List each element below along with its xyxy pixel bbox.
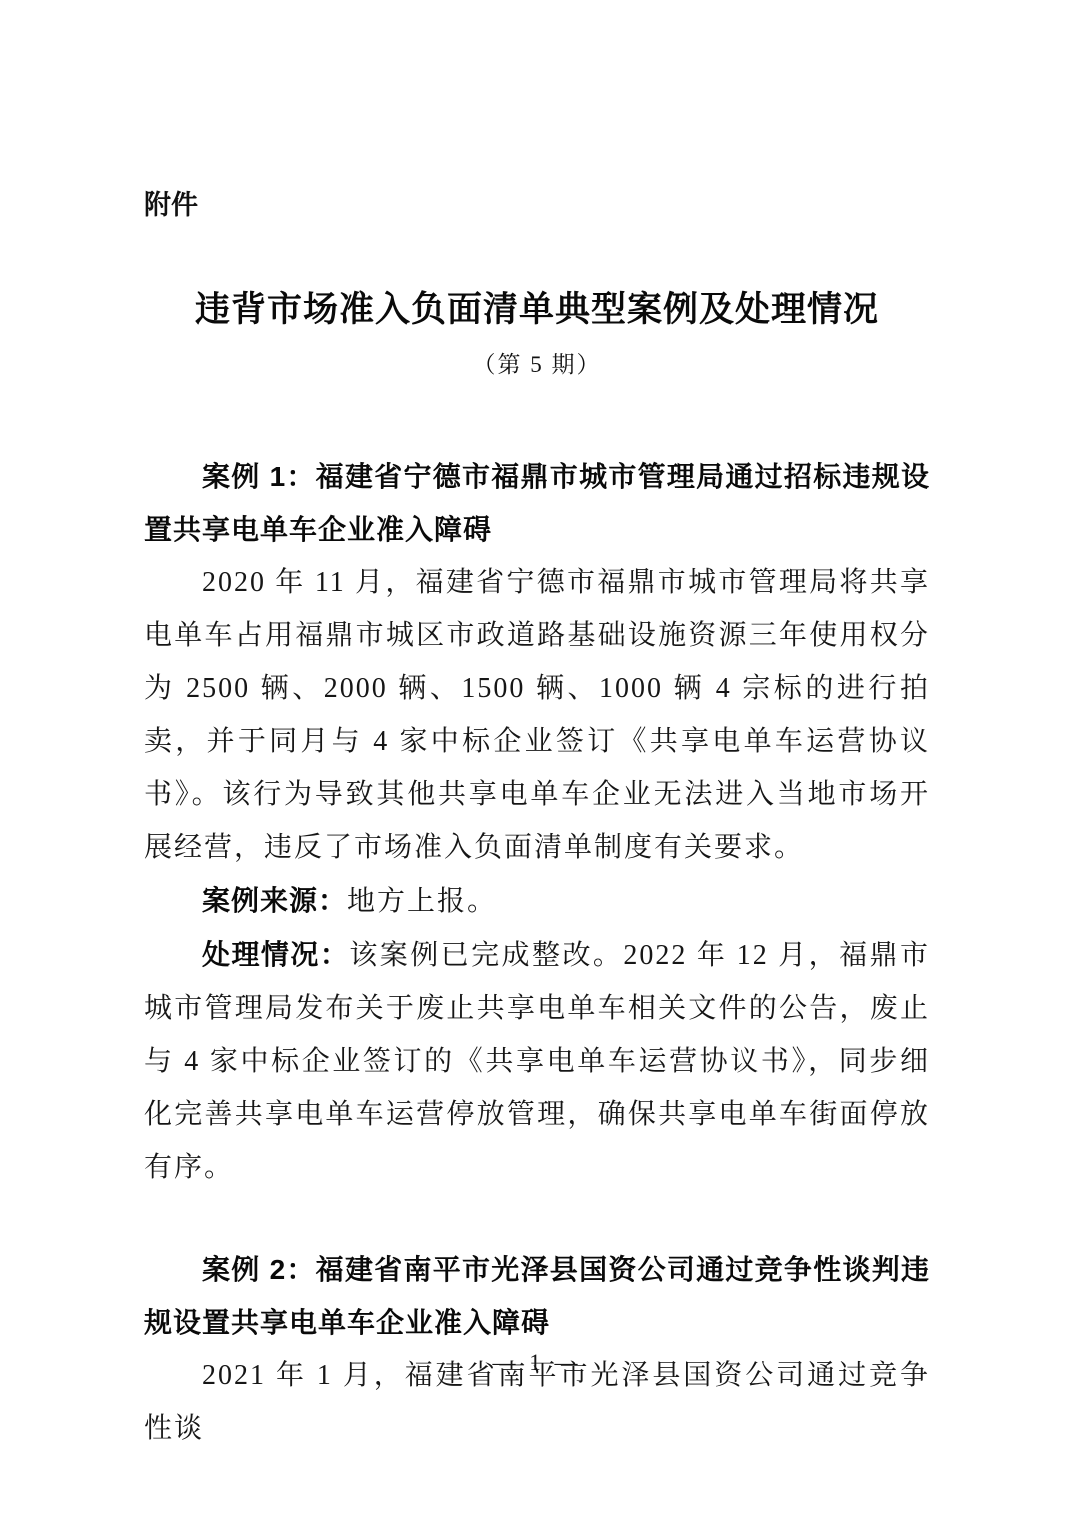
case-1-section: 案例 1：福建省宁德市福鼎市城市管理局通过招标违规设置共享电单车企业准入障碍 2… [144, 450, 930, 1194]
case-1-heading: 案例 1：福建省宁德市福鼎市城市管理局通过招标违规设置共享电单车企业准入障碍 [144, 450, 930, 556]
case-1-handling-line: 处理情况：该案例已完成整改。2022 年 12 月，福鼎市城市管理局发布关于废止… [144, 928, 930, 1194]
case-1-source-line: 案例来源：地方上报。 [144, 874, 930, 928]
attachment-label: 附件 [144, 190, 930, 220]
case-2-heading: 案例 2：福建省南平市光泽县国资公司通过竞争性谈判违规设置共享电单车企业准入障碍 [144, 1243, 930, 1349]
case-1-handling-label: 处理情况： [202, 939, 349, 970]
issue-number: （第 5 期） [144, 350, 930, 380]
document-page: 附件 违背市场准入负面清单典型案例及处理情况 （第 5 期） 案例 1：福建省宁… [0, 0, 1074, 1520]
case-1-source-label: 案例来源： [202, 885, 347, 916]
page-number: — 1 — [0, 1348, 1074, 1378]
case-1-handling-text: 该案例已完成整改。2022 年 12 月，福鼎市城市管理局发布关于废止共享电单车… [144, 940, 930, 1183]
case-1-description: 2020 年 11 月，福建省宁德市福鼎市城市管理局将共享电单车占用福鼎市城区市… [144, 556, 930, 874]
document-title: 违背市场准入负面清单典型案例及处理情况 [144, 290, 930, 330]
case-1-source-text: 地方上报。 [347, 886, 497, 917]
